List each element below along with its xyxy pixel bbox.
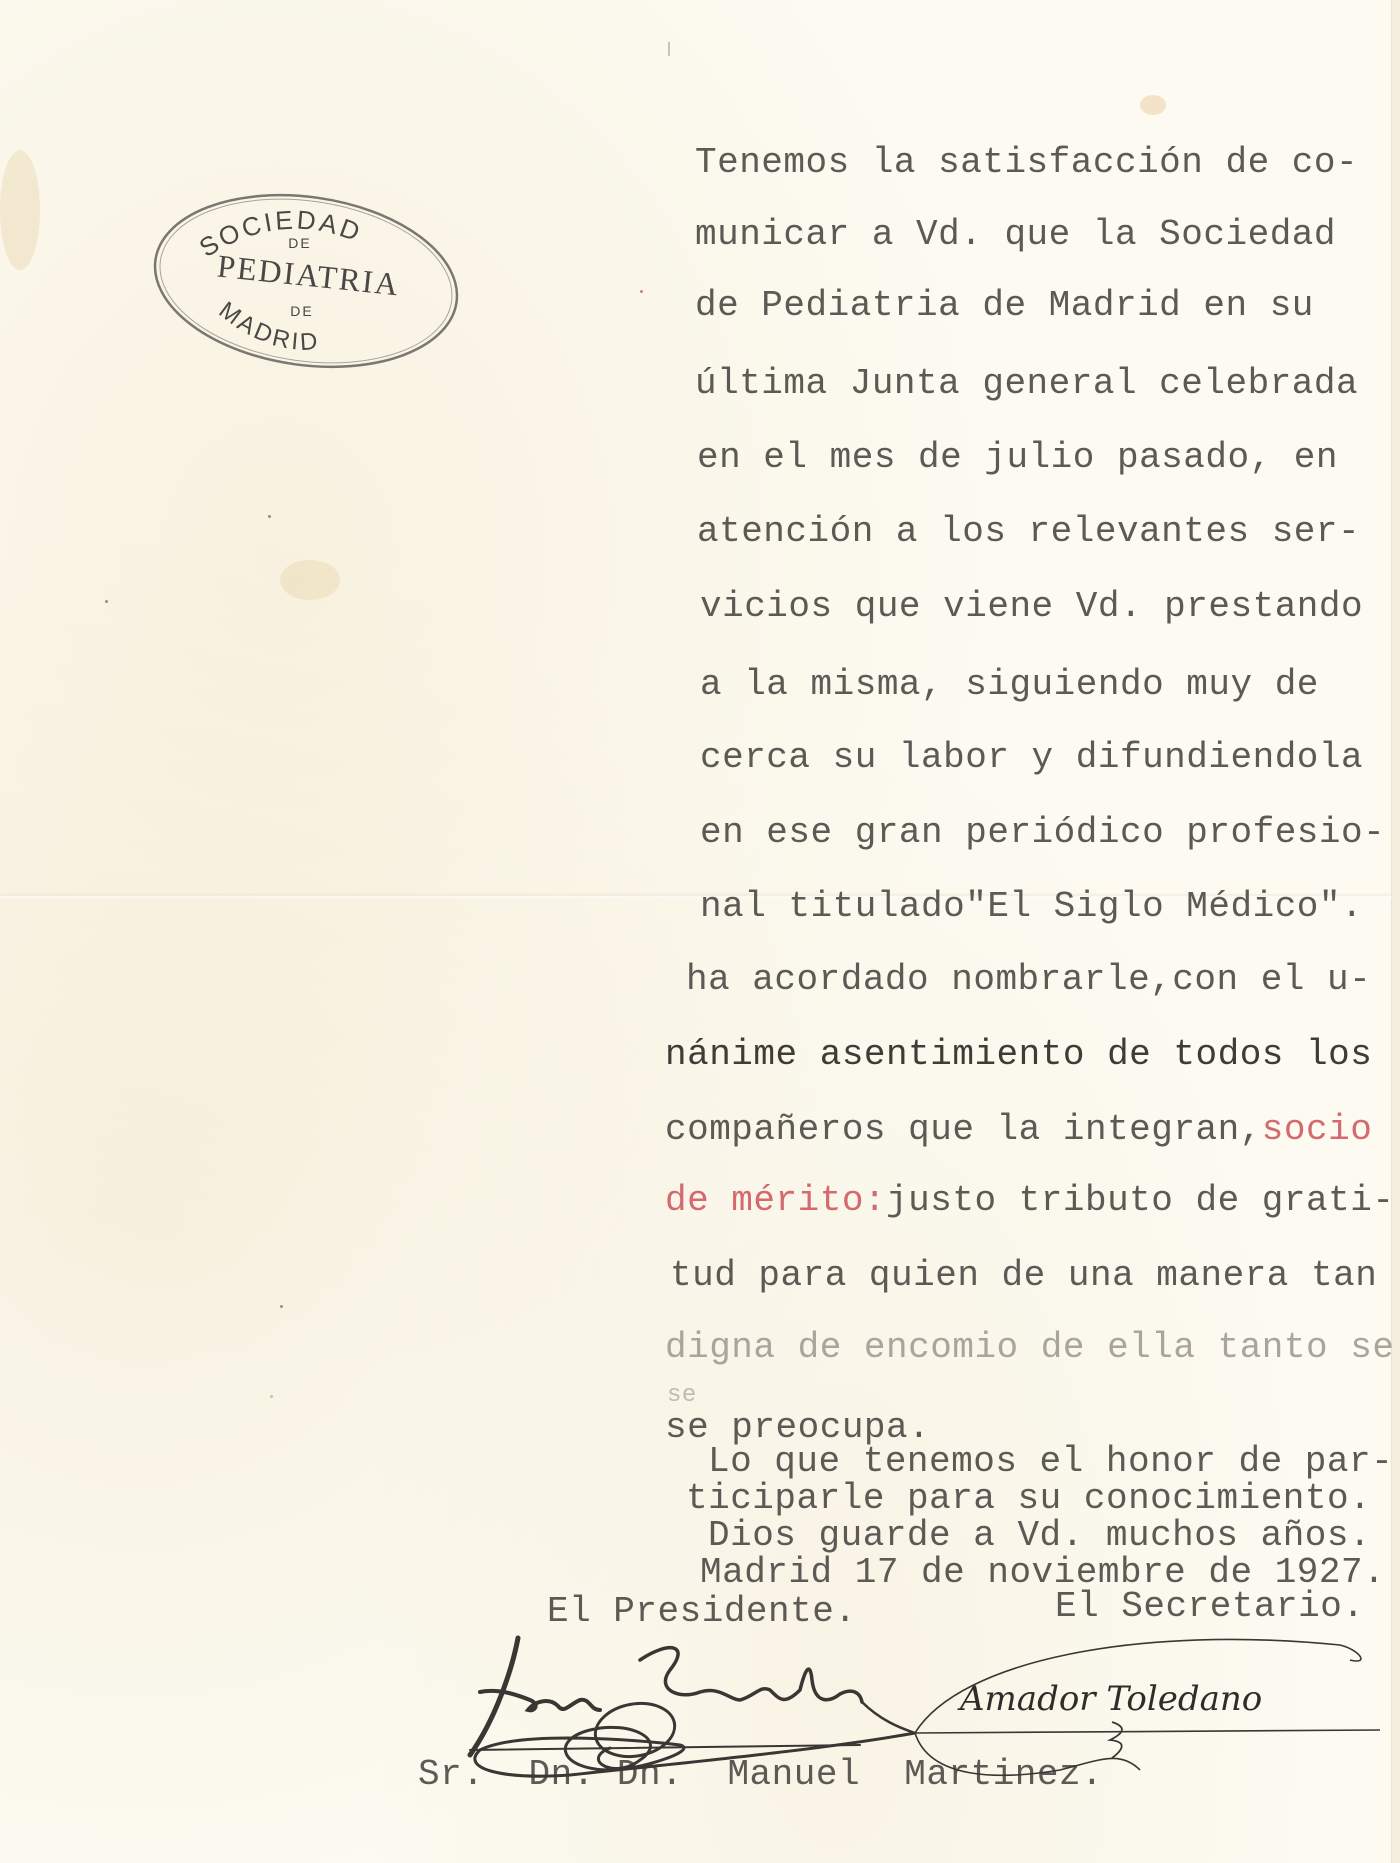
closing-line: ticiparle para su conocimiento. [686,1481,1371,1517]
paper-edge [1391,0,1400,1863]
society-stamp: SOCIEDAD DE PEDIATRIA DE MADRID [150,192,462,370]
paper-stain [280,560,340,600]
honor-title-highlight: socio [1262,1109,1373,1150]
paper-speck [280,1305,283,1308]
body-line: atención a los relevantes ser- [697,514,1360,550]
president-signature [470,1638,915,1776]
body-line: ha acordado nombrarle,con el u- [686,962,1371,998]
paper-stain [1140,95,1166,115]
body-line-merito: de mérito:justo tributo de grati- [665,1183,1394,1219]
stamp-middle-text: PEDIATRIA [216,248,402,303]
body-line: en ese gran periódico profesio- [700,815,1385,851]
body-line: última Junta general celebrada [695,366,1358,402]
paper-speck [105,600,108,603]
closing-line: Lo que tenemos el honor de par- [708,1444,1393,1480]
honor-title-highlight: de mérito: [665,1180,886,1221]
paper-mark [668,42,670,56]
body-text: compañeros que la integran, [665,1109,1262,1150]
body-line: digna de encomio de ella tanto se [665,1330,1394,1366]
body-line: municar a Vd. que la Sociedad [695,217,1336,253]
closing-line: Dios guarde a Vd. muchos años. [708,1518,1371,1554]
signatory-secretary: El Secretario. [1055,1589,1364,1625]
body-line: tud para quien de una manera tan [670,1258,1377,1294]
paper-speck [640,290,643,293]
secretary-signature-text: Amador Toledano [957,1679,1262,1719]
body-line: nal titulado"El Siglo Médico". [700,889,1363,925]
body-line: cerca su labor y difundiendola [700,740,1363,776]
body-line: en el mes de julio pasado, en [697,440,1338,476]
body-line: Tenemos la satisfacción de co- [695,145,1358,181]
signatures: Amador Toledano [440,1630,1390,1780]
paper-speck [270,1395,273,1398]
signatory-president: El Presidente. [547,1594,856,1630]
body-line: de Pediatria de Madrid en su [695,288,1314,324]
body-line: nánime asentimiento de todos los [665,1037,1372,1073]
stamp-de-top: DE [288,235,311,251]
body-line: a la misma, siguiendo muy de [700,667,1319,703]
body-text: justo tributo de grati- [886,1180,1394,1221]
paper-stain [0,150,40,270]
stamp-de-bottom: DE [290,303,313,319]
struck-fragment: se [667,1384,697,1408]
body-line: vicios que viene Vd. prestando [700,589,1363,625]
body-line-companeros: compañeros que la integran,socio [665,1112,1372,1148]
paper-speck [268,515,271,518]
